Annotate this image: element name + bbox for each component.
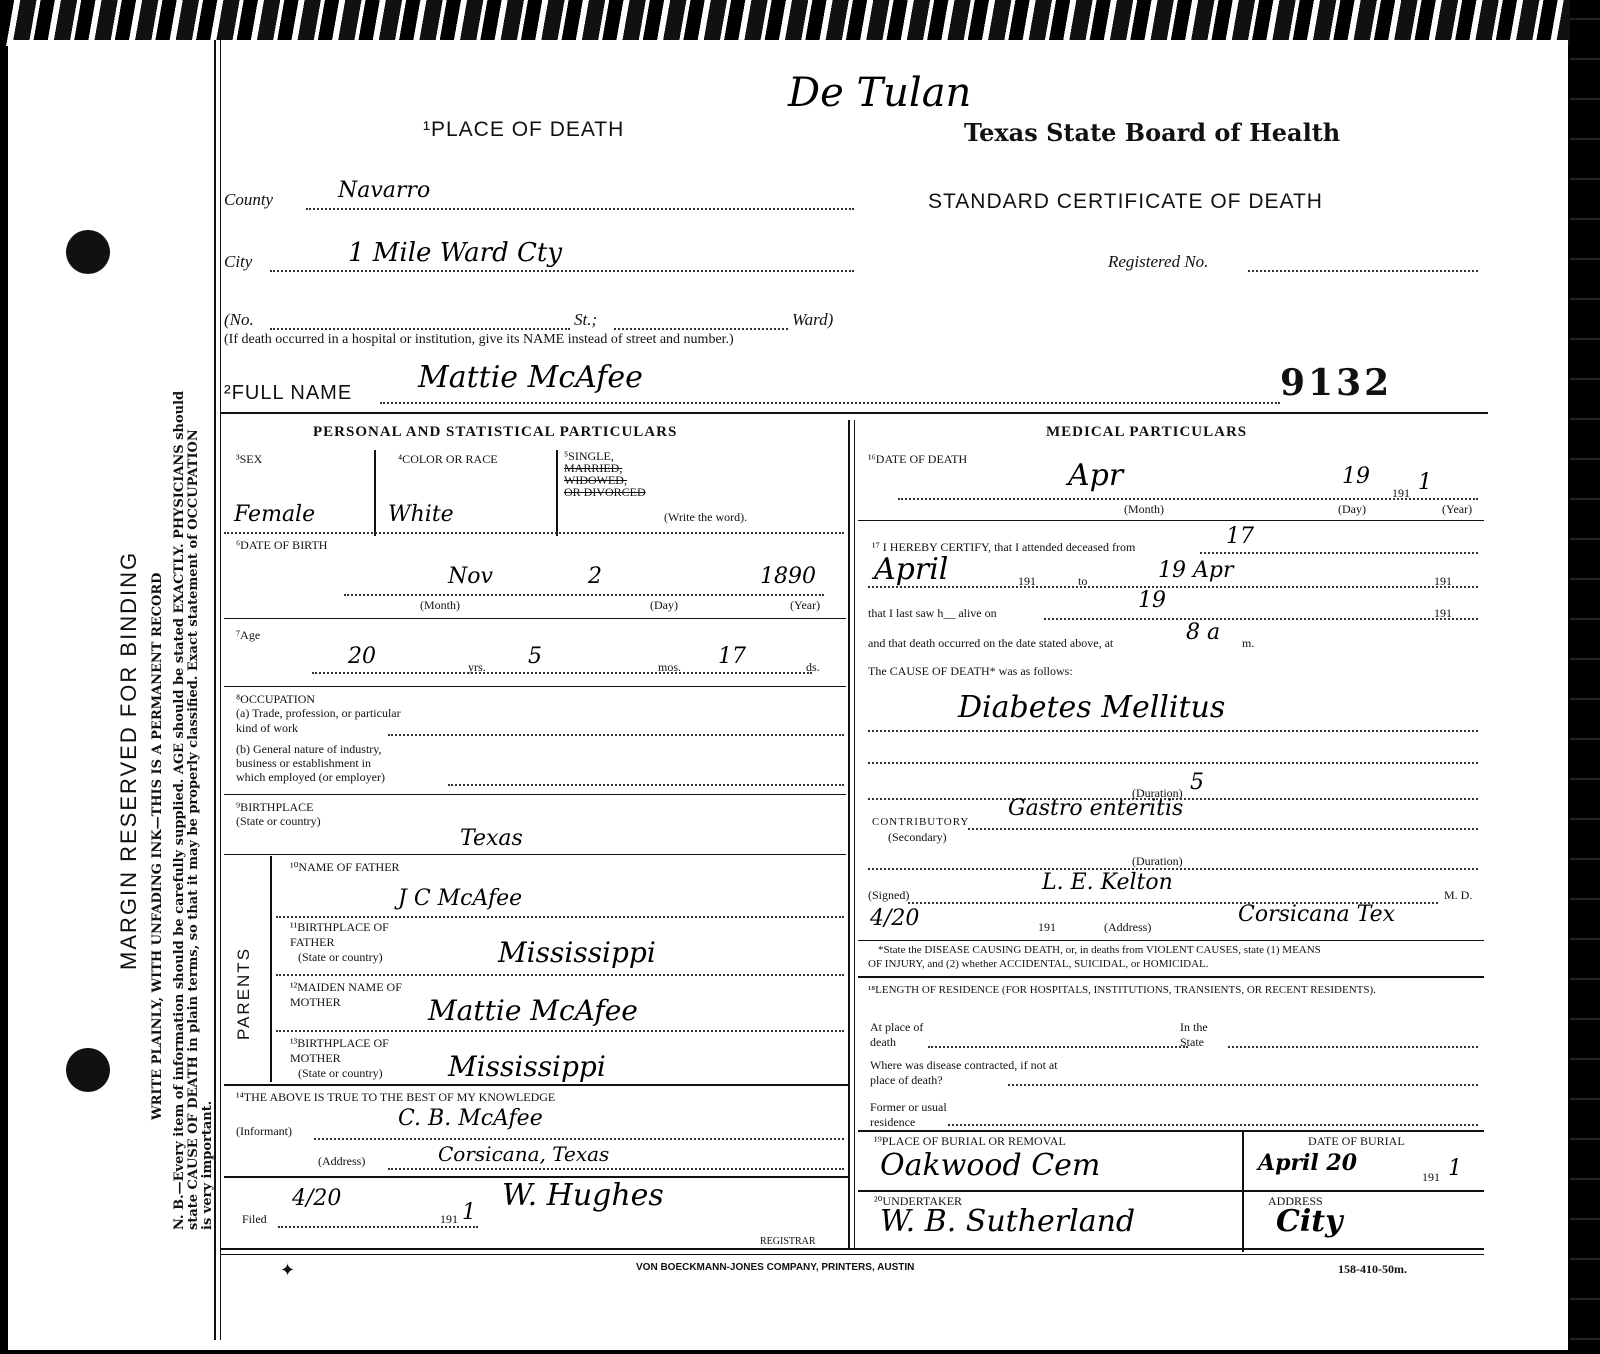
burial-divider: [858, 1190, 1484, 1192]
father-name-label: ¹⁰NAME OF FATHER: [290, 860, 400, 875]
to-label: to: [1078, 574, 1087, 589]
county-value: Navarro: [338, 178, 430, 203]
sex-race-divider: [374, 450, 376, 536]
race-value: White: [388, 502, 454, 527]
duration-label-2: (Duration): [1132, 854, 1183, 869]
death-time-m: m.: [1242, 636, 1254, 651]
cause-line-2: [868, 762, 1478, 764]
race-marital-divider: [556, 450, 558, 536]
occupation-b-line2: business or establishment in: [236, 756, 371, 771]
burial-year: 1: [1448, 1156, 1462, 1181]
registrar-label: REGISTRAR: [760, 1236, 816, 1247]
margin-note-1: N. B.—Every item of information should b…: [172, 391, 187, 1230]
registrar-signature: W. Hughes: [502, 1178, 664, 1213]
age-days: 17: [718, 644, 746, 669]
dob-line: [344, 594, 824, 596]
dod-year-caption: (Year): [1442, 502, 1472, 517]
dod-line: [898, 498, 1478, 500]
dod-month-caption: (Month): [1124, 502, 1164, 517]
certify-to-line: [868, 586, 1478, 588]
md-label: M. D.: [1444, 888, 1472, 903]
residence-divider: [858, 1130, 1484, 1132]
marital-divorced: OR DIVORCED: [564, 486, 646, 498]
mother-birthplace-value: Mississippi: [448, 1050, 606, 1083]
ward-label: Ward): [792, 310, 833, 330]
dod-day-caption: (Day): [1338, 502, 1366, 517]
birthplace-divider: [224, 854, 846, 855]
margin-note-3: is very important.: [200, 1101, 215, 1230]
attended-to: 19 Apr: [1158, 558, 1233, 583]
father-birthplace-value: Mississippi: [498, 936, 656, 969]
annotation-top: De Tulan: [788, 70, 971, 116]
full-name-label: ²FULL NAME: [224, 382, 352, 405]
physician-signature: L. E. Kelton: [1042, 870, 1173, 895]
physician-address: Corsicana Tex: [1238, 902, 1395, 927]
dod-month: Apr: [1068, 458, 1123, 493]
marital-note: (Write the word).: [664, 510, 747, 525]
footnote-divider: [858, 976, 1484, 978]
undertaker-value: W. B. Sutherland: [880, 1204, 1135, 1239]
dod-divider: [858, 520, 1484, 521]
dob-year: 1890: [760, 564, 816, 589]
county-label: County: [224, 190, 273, 210]
parents-label: PARENTS: [234, 947, 254, 1040]
street-no-line: [270, 328, 570, 330]
cause-label: The CAUSE OF DEATH* was as follows:: [868, 664, 1073, 679]
binding-hole-bottom: [66, 1048, 110, 1092]
birthplace-sub: (State or country): [236, 814, 321, 829]
age-ds-label: ds.: [806, 660, 820, 675]
father-name-value: J C McAfee: [398, 886, 522, 911]
parents-divider: [270, 856, 272, 1082]
city-value: 1 Mile Ward Cty: [348, 238, 562, 268]
dob-divider: [224, 618, 846, 619]
at-place-line: [928, 1046, 1188, 1048]
full-name-value: Mattie McAfee: [418, 360, 643, 395]
age-yrs-label: yrs.: [468, 660, 486, 675]
burial-value: Oakwood Cem: [880, 1148, 1100, 1183]
board-name: Texas State Board of Health: [964, 118, 1340, 147]
bottom-rule-inner: [220, 1254, 1484, 1255]
mother-birthplace-sub: (State or country): [298, 1066, 383, 1081]
header-divider: [220, 412, 1488, 414]
footnote-line-1: *State the DISEASE CAUSING DEATH, or, in…: [878, 944, 1321, 956]
registered-no-line: [1248, 270, 1478, 272]
contracted-line: [1008, 1084, 1478, 1086]
file-number: 9132: [1280, 362, 1392, 404]
dob-label: ⁶DATE OF BIRTH: [236, 538, 327, 553]
occupation-a-label: (a) Trade, profession, or particular kin…: [236, 706, 416, 736]
mother-birthplace-label: ¹³BIRTHPLACE OF MOTHER: [290, 1036, 410, 1066]
county-line: [306, 208, 854, 210]
age-months: 5: [528, 644, 542, 669]
city-line: [270, 270, 854, 272]
signed-year-prefix: 191: [1038, 920, 1056, 935]
death-time-value: 8 a: [1186, 620, 1220, 645]
dob-day-caption: (Day): [650, 598, 678, 613]
contributory-value: Gastro enteritis: [1008, 796, 1183, 821]
margin-note-2: state CAUSE OF DEATH in plain terms, so …: [186, 429, 201, 1230]
burial-year-prefix: 191: [1422, 1170, 1440, 1185]
birthplace-label: ⁹BIRTHPLACE: [236, 800, 313, 815]
parents-bottom-divider: [224, 1084, 848, 1086]
informant-address-line: [388, 1168, 844, 1170]
dob-month-caption: (Month): [420, 598, 460, 613]
filed-date: 4/20: [292, 1186, 341, 1211]
age-divider: [224, 686, 846, 687]
race-label: ⁴COLOR OR RACE: [398, 452, 498, 467]
attended-from-day: 17: [1226, 524, 1254, 549]
scan-right-edge: [1570, 0, 1600, 1354]
attended-to-year-prefix: 191: [1434, 574, 1452, 589]
contributory-label: CONTRIBUTORY: [872, 816, 969, 828]
informant-label: (Informant): [236, 1124, 292, 1139]
full-name-line: [380, 402, 1280, 404]
occupation-b-line1: (b) General nature of industry,: [236, 742, 382, 757]
at-place-label: At place of death: [870, 1020, 930, 1050]
death-time-label: and that death occurred on the date stat…: [868, 636, 1113, 651]
medical-heading: MEDICAL PARTICULARS: [1046, 424, 1247, 441]
father-name-line: [276, 916, 844, 918]
informant-line: [314, 1138, 844, 1140]
column-divider-inner: [854, 420, 855, 1250]
personal-heading: PERSONAL AND STATISTICAL PARTICULARS: [313, 424, 677, 441]
former-residence-line: [948, 1124, 1478, 1126]
burial-date-divider: [1242, 1132, 1244, 1252]
age-label: ⁷Age: [236, 628, 260, 643]
dod-year-prefix: 191: [1392, 486, 1410, 501]
duration-value: 5: [1190, 770, 1204, 795]
sex-value: Female: [234, 502, 315, 527]
filed-label: Filed: [242, 1212, 267, 1227]
attended-from-year-prefix: 191: [1018, 574, 1036, 589]
burial-date-label: DATE OF BURIAL: [1308, 1134, 1405, 1149]
occupation-b-line3: which employed (or employer): [236, 770, 385, 785]
ward-line: [614, 328, 788, 330]
cause-value: Diabetes Mellitus: [958, 690, 1225, 725]
secondary-label: (Secondary): [888, 830, 947, 845]
age-line: [312, 672, 812, 674]
margin-rule-inner: [220, 40, 221, 1340]
father-birthplace-label: ¹¹BIRTHPLACE OF FATHER: [290, 920, 400, 950]
certify-from-line: [1200, 552, 1478, 554]
filed-year: 1: [462, 1200, 476, 1225]
informant-address-label: (Address): [318, 1154, 365, 1169]
in-state-label: In the State: [1180, 1020, 1230, 1050]
undertaker-address: City: [1276, 1204, 1343, 1239]
filed-year-prefix: 191: [440, 1212, 458, 1227]
age-years: 20: [348, 644, 376, 669]
city-label: City: [224, 252, 252, 272]
sex-label: ³SEX: [236, 452, 262, 467]
dod-year: 1: [1418, 470, 1432, 495]
death-certificate: MARGIN RESERVED FOR BINDING WRITE PLAINL…: [8, 40, 1568, 1350]
informant-value: C. B. McAfee: [398, 1106, 543, 1131]
form-code: 158-410-50m.: [1338, 1262, 1407, 1277]
margin-write-plainly: WRITE PLAINLY, WITH UNFADING INK—THIS IS…: [150, 573, 165, 1120]
cause-line-1: [868, 730, 1478, 732]
place-of-death-heading: ¹PLACE OF DEATH: [423, 118, 624, 142]
institution-note: (If death occurred in a hospital or inst…: [224, 332, 734, 348]
father-birthplace-line: [276, 974, 844, 976]
marital-options: ⁵SINGLE, MARRIED, WIDOWED, OR DIVORCED: [564, 450, 646, 498]
last-saw-value: 19: [1138, 588, 1166, 613]
sex-row-line: [224, 532, 844, 534]
dob-year-caption: (Year): [790, 598, 820, 613]
physician-address-label: (Address): [1104, 920, 1151, 935]
occupation-a-line: [388, 734, 844, 736]
age-mos-label: mos.: [658, 660, 681, 675]
street-label: St.;: [574, 310, 597, 330]
signed-divider: [858, 940, 1484, 941]
birthplace-value: Texas: [460, 826, 523, 851]
printer-emblem-icon: ✦: [280, 1260, 295, 1281]
last-saw-line: [1044, 618, 1478, 620]
mother-name-label: ¹²MAIDEN NAME OF MOTHER: [290, 980, 420, 1010]
signed-label: (Signed): [868, 888, 909, 903]
column-divider: [848, 420, 850, 1250]
occupation-b-line: [448, 784, 844, 786]
street-no-label: (No.: [224, 310, 254, 330]
last-saw-label: that I last saw h__ alive on: [868, 606, 997, 621]
informant-address-value: Corsicana, Texas: [438, 1142, 609, 1166]
printer-imprint: VON BOECKMANN-JONES COMPANY, PRINTERS, A…: [636, 1262, 914, 1273]
in-state-line: [1228, 1046, 1478, 1048]
attended-from-month: April: [874, 552, 948, 587]
dob-month: Nov: [448, 564, 493, 589]
bottom-rule: [220, 1248, 1484, 1250]
footnote-line-2: OF INJURY, and (2) whether ACCIDENTAL, S…: [868, 958, 1209, 970]
burial-label: ¹⁹PLACE OF BURIAL OR REMOVAL: [874, 1134, 1066, 1149]
contributory-line: [968, 828, 1478, 830]
mother-name-line: [276, 1030, 844, 1032]
dob-day: 2: [588, 564, 602, 589]
registered-no-label: Registered No.: [1108, 252, 1208, 272]
margin-reserved-text: MARGIN RESERVED FOR BINDING: [116, 551, 142, 970]
residence-heading: ¹⁸LENGTH OF RESIDENCE (FOR HOSPITALS, IN…: [868, 984, 1478, 996]
signed-date: 4/20: [870, 906, 919, 931]
binding-hole-top: [66, 230, 110, 274]
mother-name-value: Mattie McAfee: [428, 994, 638, 1027]
occupation-divider: [224, 794, 846, 795]
occupation-label: ⁸OCCUPATION: [236, 692, 315, 707]
last-saw-year-prefix: 191: [1434, 606, 1452, 621]
margin-rule: [214, 40, 216, 1340]
dod-label: ¹⁶DATE OF DEATH: [868, 452, 967, 467]
dod-day: 19: [1342, 464, 1370, 489]
true-statement: ¹⁴THE ABOVE IS TRUE TO THE BEST OF MY KN…: [236, 1090, 555, 1105]
father-birthplace-sub: (State or country): [298, 950, 383, 965]
burial-date-value: April 20: [1258, 1150, 1357, 1176]
certificate-title: STANDARD CERTIFICATE OF DEATH: [928, 190, 1323, 214]
